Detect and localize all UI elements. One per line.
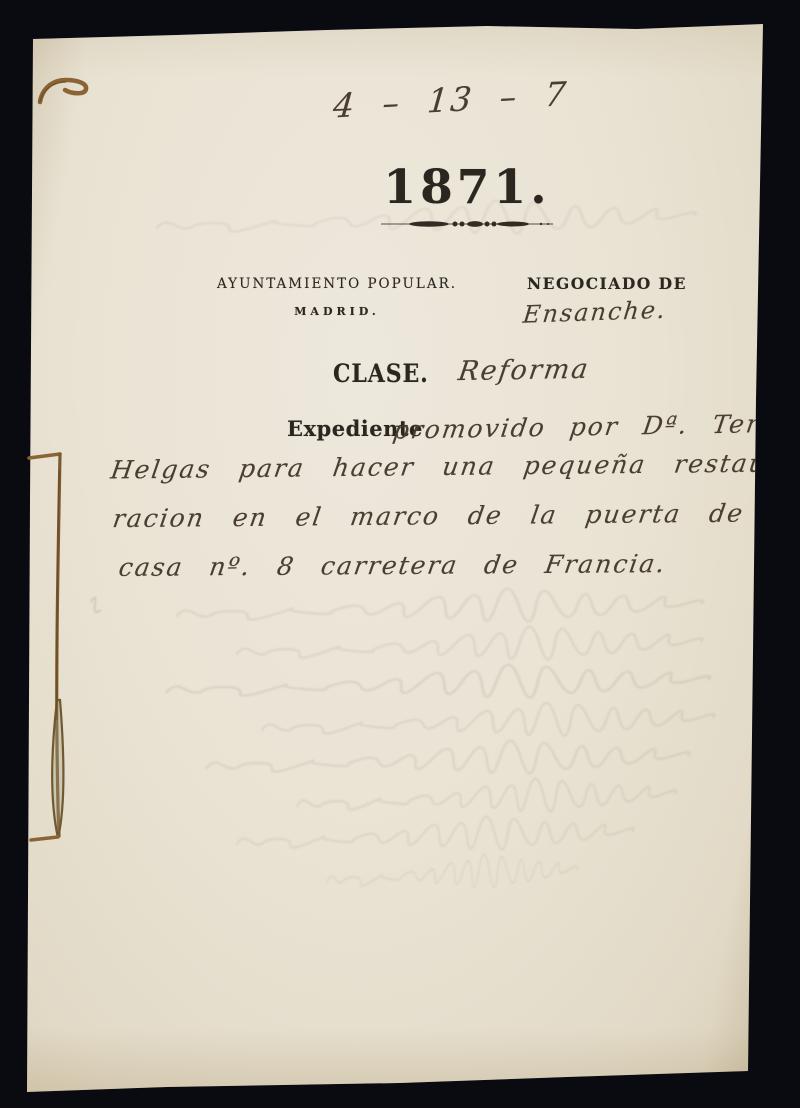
- clase-value-handwritten: Reforma: [456, 354, 592, 387]
- clase-label: CLASE.: [333, 359, 429, 388]
- office-city: MADRID.: [212, 305, 462, 318]
- document-page: 4 – 13 – 7 1871. AYUNTAMIENTO POPULAR. M…: [27, 24, 763, 1092]
- ornament-divider: [379, 218, 555, 230]
- expediente-line-1: promovido por Dª. Teresa: [391, 408, 800, 444]
- office-name: AYUNTAMIENTO POPULAR.: [212, 276, 462, 292]
- negociado-value-handwritten: Ensanche.: [522, 293, 739, 329]
- archival-number-annotation: 4 – 13 – 7: [332, 70, 655, 126]
- expediente-line-4: casa nº. 8 carretera de Francia.: [117, 549, 669, 582]
- expediente-line-3: racion en el marco de la puerta de la -: [111, 498, 800, 533]
- scanned-document-view: 4 – 13 – 7 1871. AYUNTAMIENTO POPULAR. M…: [0, 0, 800, 1108]
- negociado-label: NEGOCIADO DE: [527, 274, 687, 293]
- expediente-line-2: Helgas para hacer una pequeña restau-: [109, 448, 780, 484]
- year-heading: 1871.: [327, 162, 607, 214]
